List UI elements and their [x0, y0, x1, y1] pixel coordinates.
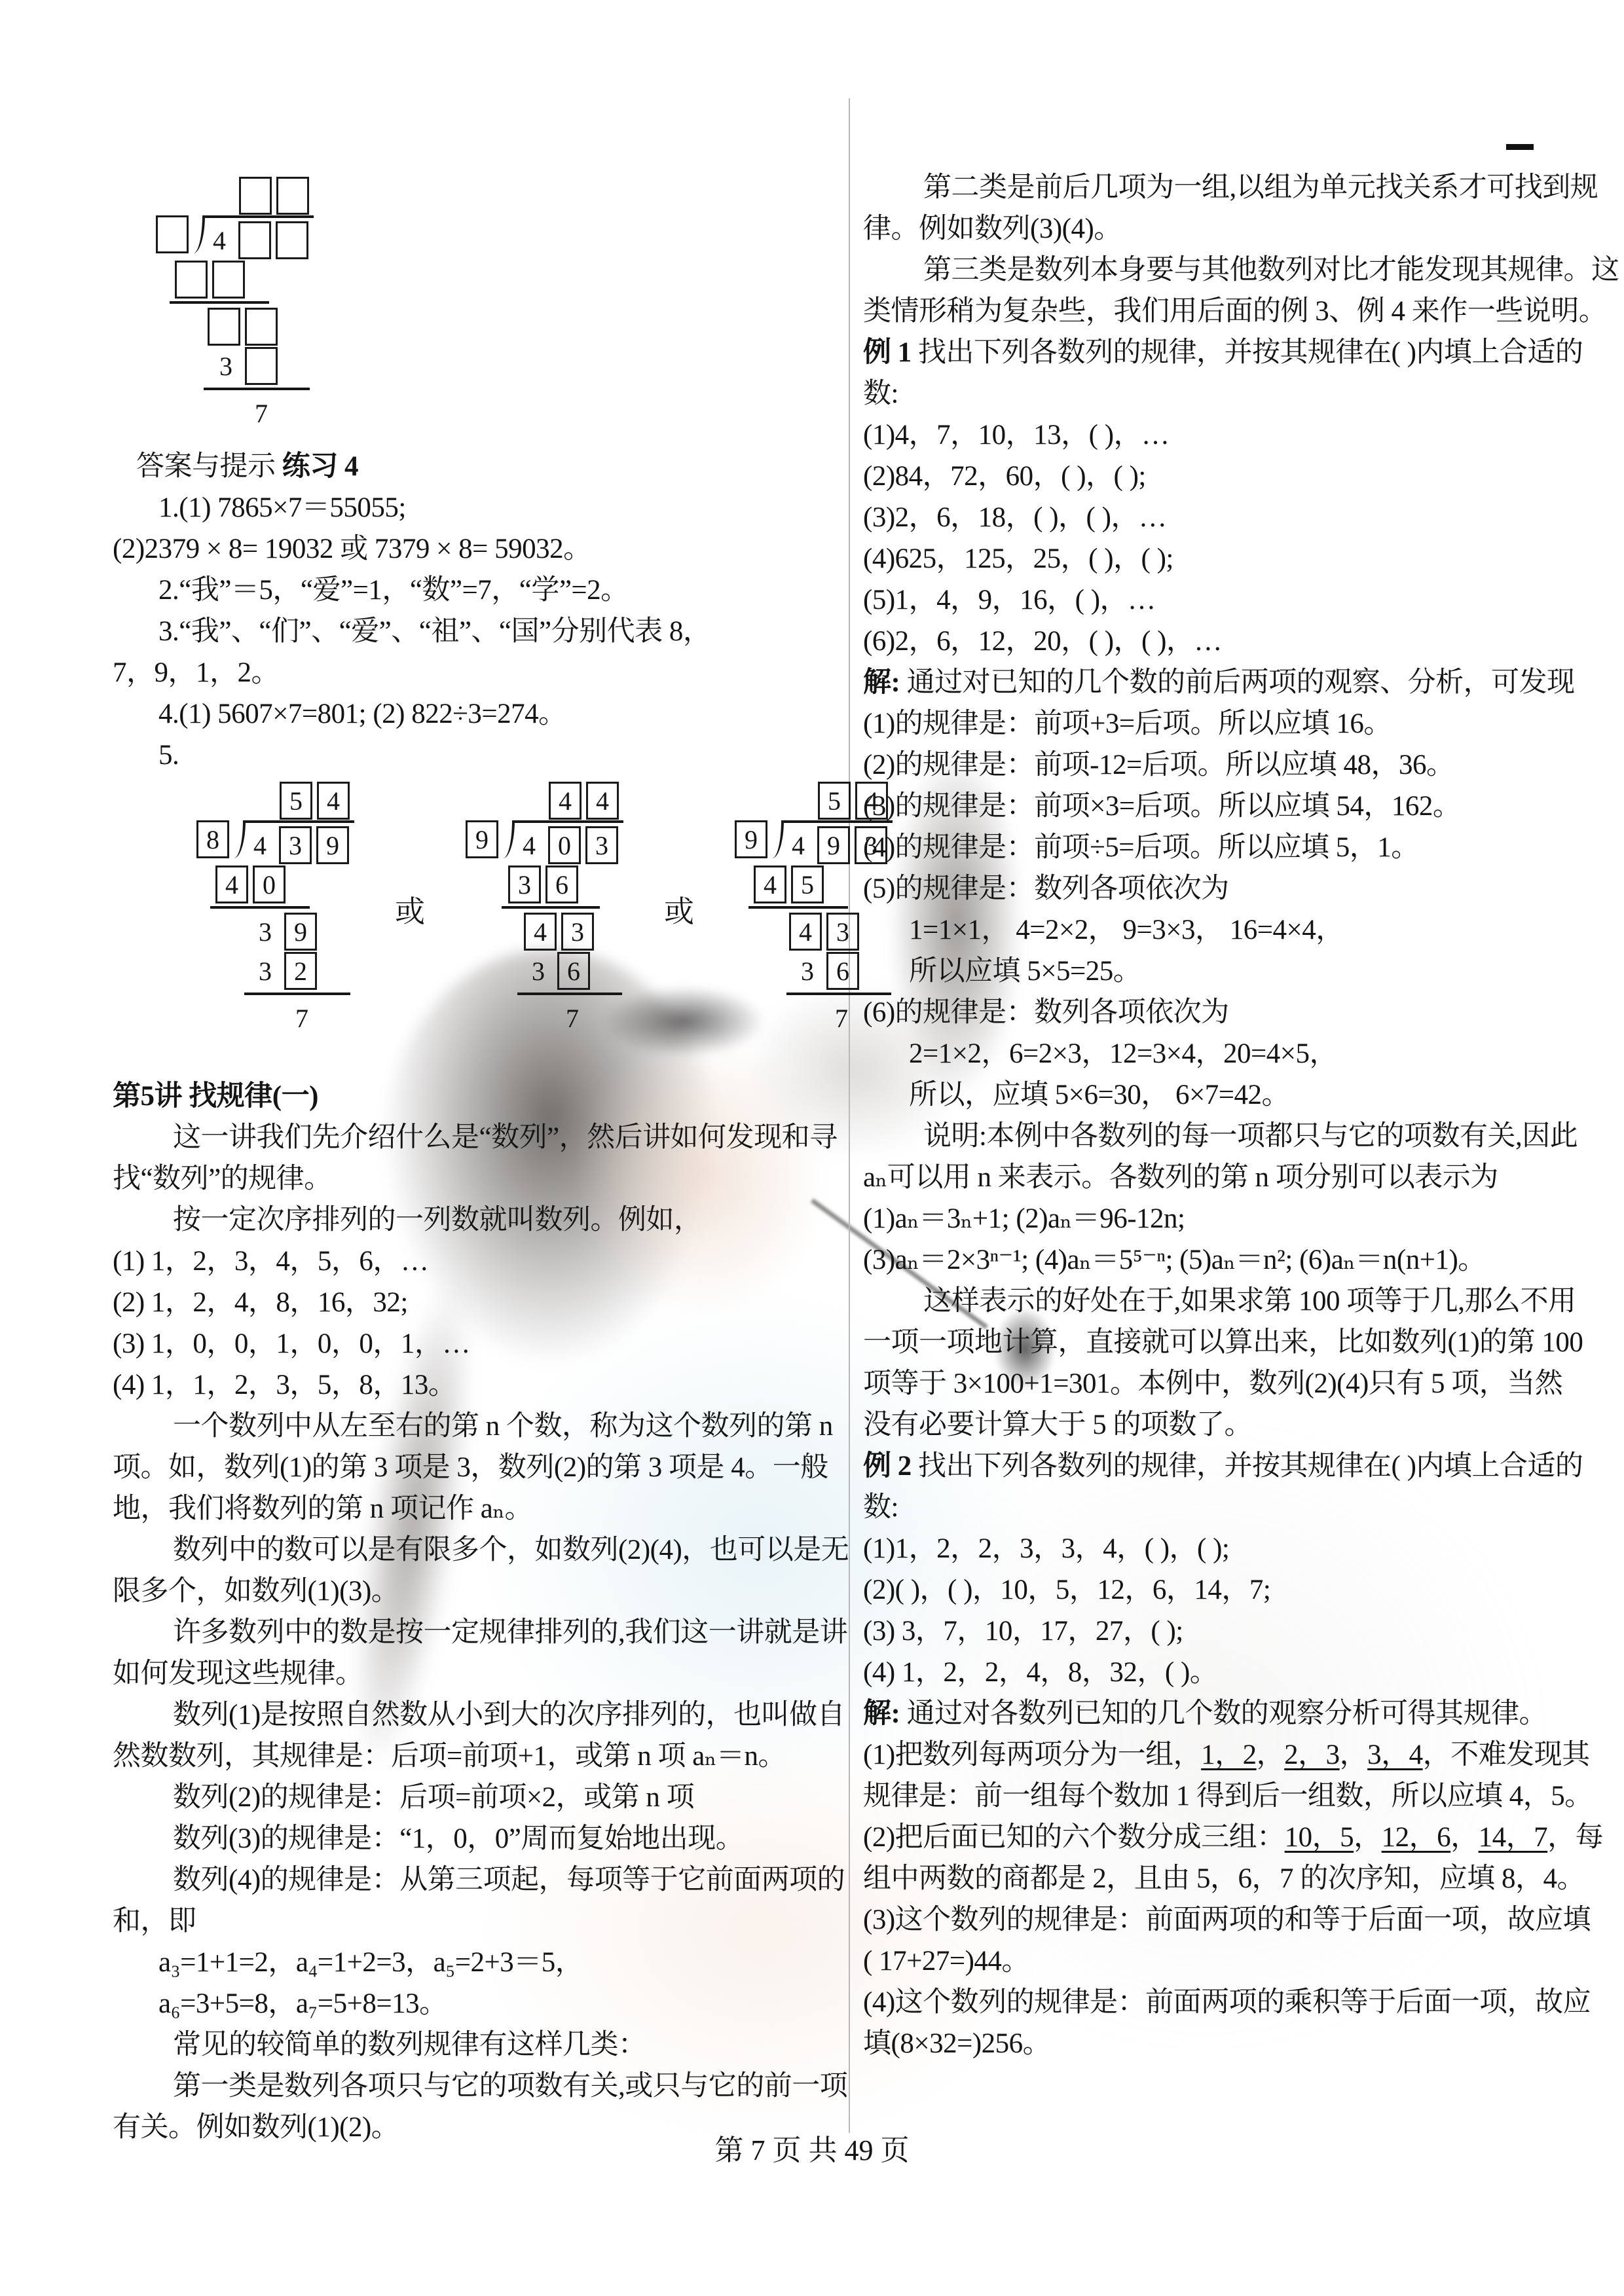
boxed-digit: 9: [466, 820, 498, 858]
boxed-digit: 0: [253, 866, 286, 903]
text-line: 一项一项地计算，直接就可以算出来，比如数列(1)的第 100: [863, 1322, 1583, 1363]
divisor-group: 9: [466, 820, 515, 858]
text-line: (2)把后面已知的六个数分成三组：10，5，12，6，14，7，每: [863, 1817, 1583, 1858]
text-line: 1.(1) 7865×7＝55055;: [113, 487, 828, 528]
text-line: 3.“我”、“们”、“爱”、“祖”、“国”分别代表 8，: [113, 611, 828, 652]
boxed-digit: 8: [196, 820, 229, 858]
text-segment: 解:: [863, 667, 900, 698]
text-segment: 12，6: [1382, 1822, 1451, 1853]
text-segment: ，: [1340, 1740, 1368, 1770]
text-segment: 3，4: [1367, 1740, 1423, 1770]
text-line: 2=1×2，6=2×3，12=3×4，20=4×5，: [863, 1033, 1583, 1074]
text-line: 解: 通过对已知的几个数的前后两项的观察、分析，可发现: [863, 662, 1583, 703]
right-column: 第二类是前后几项为一组,以组为单元找关系才可找到规律。例如数列(3)(4)。第三…: [863, 167, 1583, 2064]
divisor-group: 9: [735, 820, 784, 858]
text-line: (3)aₙ＝2×3ⁿ⁻¹; (4)aₙ＝5⁵⁻ⁿ; (5)aₙ＝n²; (6)a…: [863, 1239, 1583, 1281]
text-line: (5)的规律是：数列各项依次为: [863, 868, 1583, 909]
dividend-row: 439: [246, 826, 354, 865]
subtraction-line: [170, 301, 269, 304]
division-body: 437: [205, 176, 314, 433]
text-line: (2) 1，2，4，8，16，32;: [113, 1282, 828, 1323]
text-line: 和，即: [113, 1901, 828, 1942]
boxed-digit: 2: [284, 952, 317, 990]
boxed-digit: 3: [561, 913, 594, 951]
text-line: (4)625，125，25，( )，( );: [863, 538, 1583, 579]
work-row: 7: [558, 998, 623, 1038]
document-page: 437 答案与提示 练习 41.(1) 7865×7＝55055;(2)2379…: [0, 0, 1624, 2296]
text-line: 4.(1) 5607×7=801; (2) 822÷3=274。: [113, 693, 828, 735]
division-body: 444033643367: [515, 781, 623, 1038]
work-row: 40: [215, 865, 354, 904]
quotient-row: [205, 176, 314, 215]
plain-digit: 4: [784, 828, 813, 862]
text-line: 例 2 找出下列各数列的规律，并按其规律在( )内填上合适的: [863, 1446, 1583, 1487]
or-label: 或: [395, 888, 425, 931]
lecture-section: 第5讲 找规律(一)这一讲我们先介绍什么是“数列”，然后讲如何发现和寻找“数列”…: [113, 1076, 828, 2148]
dividend-row: 4: [205, 221, 314, 260]
work-row: 43: [524, 912, 623, 951]
division-body: 544394039327: [246, 781, 354, 1038]
boxed-digit: [208, 308, 240, 346]
text-line: 答案与提示 练习 4: [113, 446, 828, 487]
plain-digit: 4: [246, 828, 274, 862]
text-line: 填(8×32=)256。: [863, 2023, 1583, 2064]
division-diagram-trio: 8544394039327 或 9444033643367 或 95449345…: [113, 781, 828, 1038]
boxed-digit: [276, 177, 309, 215]
text-segment: 找出下列各数列的规律，并按其规律在( )内填上合适的: [912, 1451, 1583, 1482]
boxed-digit: [212, 261, 245, 299]
divisor-group: [156, 215, 205, 253]
left-column: 437 答案与提示 练习 41.(1) 7865×7＝55055;(2)2379…: [113, 167, 828, 2148]
text-segment: 例 1: [863, 337, 912, 368]
text-line: (1)4，7，10，13，( )，…: [863, 414, 1583, 456]
text-line: (1)aₙ＝3ₙ+1; (2)aₙ＝96-12n;: [863, 1198, 1583, 1239]
boxed-digit: 5: [791, 866, 824, 903]
text-segment: 通过对各数列已知的几个数的观察分析可得其规律。: [900, 1698, 1547, 1729]
quotient-row: 54: [246, 781, 354, 820]
text-line: 数:: [863, 1487, 1583, 1528]
work-row: 39: [251, 912, 354, 951]
plain-digit: 7: [558, 1001, 587, 1035]
text-segment: 答案与提示: [136, 451, 282, 482]
text-line: (4) 1，1，2，3，5，8，13。: [113, 1364, 828, 1406]
text-line: 然数数列，其规律是：后项=前项+1，或第 n 项 aₙ＝n。: [113, 1736, 828, 1777]
subtraction-line: [502, 906, 600, 909]
text-segment: 解:: [863, 1698, 900, 1729]
text-line: 解: 通过对各数列已知的几个数的观察分析可得其规律。: [863, 1693, 1583, 1734]
text-line: 2.“我”＝5，“爱”=1，“数”=7，“学”=2。: [113, 570, 828, 611]
boxed-digit: 4: [215, 866, 248, 903]
boxed-digit: 4: [789, 913, 822, 951]
text-segment: (2)把后面已知的六个数分成三组：: [863, 1822, 1285, 1853]
text-line: 规律是：前一组每个数加 1 得到后一组数，所以应填 4，5。: [863, 1776, 1583, 1817]
boxed-digit: 6: [557, 952, 590, 990]
division-bracket: [234, 820, 246, 858]
text-segment: 14，7: [1479, 1822, 1548, 1853]
text-line: 第5讲 找规律(一): [113, 1076, 828, 1117]
plain-digit: 4: [205, 223, 234, 257]
text-segment: ，: [1354, 1822, 1382, 1853]
text-line: (1) 1，2，3，4，5，6，…: [113, 1241, 828, 1282]
boxed-digit: 6: [826, 952, 859, 990]
work-row: 7: [287, 998, 354, 1038]
text-line: 1=1×1， 4=2×2， 9=3×3， 16=4×4，: [863, 909, 1583, 951]
text-line: 没有必要计算大于 5 的项数了。: [863, 1404, 1583, 1446]
text-line: 找“数列”的规律。: [113, 1158, 828, 1199]
text-line: (2)( )，( )，10，5，12，6，14，7;: [863, 1569, 1583, 1611]
text-line: (2)84，72，60，( )，( );: [863, 456, 1583, 497]
text-line: (4)这个数列的规律是：前面两项的乘积等于后面一项，故应: [863, 1982, 1583, 2023]
quotient-row: 44: [515, 781, 623, 820]
text-line: 数:: [863, 373, 1583, 414]
work-row: 36: [508, 865, 623, 904]
boxed-digit: [238, 221, 271, 259]
plain-digit: 3: [793, 954, 822, 988]
text-line: 5.: [113, 735, 828, 776]
text-segment: 通过对已知的几个数的前后两项的观察、分析，可发现: [900, 667, 1574, 698]
text-line: 类情形稍为复杂些，我们用后面的例 3、例 4 来作一些说明。: [863, 291, 1583, 332]
text-segment: ，: [1257, 1740, 1285, 1770]
boxed-digit: 4: [317, 782, 350, 820]
text-line: 说明:本例中各数列的每一项都只与它的项数有关,因此: [863, 1116, 1583, 1157]
under-vinculum: 4033643367: [515, 820, 623, 1038]
text-line: (2)2379 × 8= 19032 或 7379 × 8= 59032。: [113, 528, 828, 570]
boxed-digit: 4: [586, 782, 619, 820]
text-line: (3)的规律是：前项×3=后项。所以应填 54，162。: [863, 786, 1583, 827]
text-line: 数列(2)的规律是：后项=前项×2，或第 n 项: [113, 1777, 828, 1818]
subtraction-line: [517, 993, 622, 995]
text-line: (1)1，2，2，3，3，4，( )，( );: [863, 1528, 1583, 1569]
text-line: a₃=1+1=2，a₄=1+2=3，a₅=2+3＝5，: [113, 1942, 828, 1983]
boxed-digit: [175, 261, 208, 299]
text-line: 限多个，如数列(1)(3)。: [113, 1571, 828, 1612]
text-segment: ，每: [1547, 1822, 1603, 1853]
plain-digit: 7: [247, 396, 276, 430]
text-line: (4)的规律是：前项÷5=后项。所以应填 5，1。: [863, 827, 1583, 868]
boxed-digit: 3: [279, 826, 312, 864]
text-line: (5)1，4，9，16，( )，…: [863, 579, 1583, 621]
boxed-digit: 5: [818, 782, 851, 820]
subtraction-line: [210, 906, 310, 909]
text-line: (3) 1，0，0，1，0，0，1，…: [113, 1323, 828, 1364]
text-line: 如何发现这些规律。: [113, 1653, 828, 1694]
boxed-digit: 9: [284, 913, 317, 951]
text-line: 地，我们将数列的第 n 项记作 aₙ。: [113, 1488, 828, 1529]
boxed-digit: 5: [280, 782, 312, 820]
text-line: (1)的规律是：前项+3=后项。所以应填 16。: [863, 703, 1583, 744]
division-bracket: [772, 820, 784, 858]
work-row: 36: [524, 951, 623, 991]
text-line: 数列(3)的规律是：“1，0，0”周而复始地出现。: [113, 1818, 828, 1859]
text-line: 数列(1)是按照自然数从小到大的次序排列的，也叫做自: [113, 1694, 828, 1736]
under-vinculum: 4394039327: [246, 820, 354, 1038]
plain-digit: 4: [515, 828, 544, 862]
subtraction-line: [748, 906, 848, 909]
text-line: 项等于 3×100+1=301。本例中，数列(2)(4)只有 5 项，当然: [863, 1363, 1583, 1404]
plain-digit: 7: [287, 1001, 316, 1035]
text-line: 按一定次序排列的一列数就叫数列。例如，: [113, 1199, 828, 1241]
text-segment: ，: [1450, 1822, 1479, 1853]
boxed-digit: [276, 221, 308, 259]
boxed-digit: 3: [826, 913, 859, 951]
boxed-digit: [239, 177, 272, 215]
text-line: ( 17+27=)44。: [863, 1941, 1583, 1982]
text-segment: 10，5: [1285, 1822, 1354, 1853]
text-line: 许多数列中的数是按一定规律排列的,我们这一讲就是讲: [113, 1612, 828, 1653]
text-line: (6)的规律是：数列各项依次为: [863, 992, 1583, 1033]
work-row: [175, 260, 314, 299]
page-footer: 第 7 页 共 49 页: [0, 2126, 1624, 2168]
text-line: 例 1 找出下列各数列的规律，并按其规律在( )内填上合适的: [863, 332, 1583, 373]
text-line: (4) 1，2，2，4，8，32，( )。: [863, 1652, 1583, 1693]
text-line: 第一类是数列各项只与它的项数有关,或只与它的前一项: [113, 2066, 828, 2107]
work-row: [208, 307, 314, 346]
subtraction-line: [204, 388, 310, 390]
text-line: (3) 3，7，10，17，27，( );: [863, 1611, 1583, 1652]
division-bracket: [503, 820, 515, 858]
text-line: a₆=3+5=8，a₇=5+8=13。: [113, 1983, 828, 2024]
text-line: aₙ可以用 n 来表示。各数列的第 n 项分别可以表示为: [863, 1157, 1583, 1198]
division-diagram-a: 8544394039327: [196, 781, 354, 1038]
dividend-row: 403: [515, 826, 623, 865]
text-line: 项。如，数列(1)的第 3 项是 3，数列(2)的第 3 项是 4。一般: [113, 1447, 828, 1488]
boxed-digit: 6: [545, 866, 578, 903]
boxed-digit: 9: [735, 820, 767, 858]
text-line: (3)2，6，18，( )，( )，…: [863, 497, 1583, 538]
text-line: 一个数列中从左至右的第 n 个数，称为这个数列的第 n: [113, 1406, 828, 1447]
text-line: 律。例如数列(3)(4)。: [863, 208, 1583, 249]
boxed-digit: 3: [585, 826, 618, 864]
text-line: (6)2，6，12，20，( )，( )，…: [863, 621, 1583, 662]
boxed-digit: [245, 308, 278, 346]
text-line: 组中两数的商都是 2，且由 5，6，7 的次序知，应填 8，4。: [863, 1858, 1583, 1899]
text-line: 这一讲我们先介绍什么是“数列”，然后讲如何发现和寻: [113, 1117, 828, 1158]
text-line: 所以，应填 5×6=30， 6×7=42。: [863, 1074, 1583, 1116]
text-line: 这样表示的好处在于,如果求第 100 项等于几,那么不用: [863, 1281, 1583, 1322]
text-segment: 1，2: [1201, 1740, 1257, 1770]
text-line: 数列中的数可以是有限多个，如数列(2)(4)，也可以是无: [113, 1529, 828, 1571]
boxed-digit: 3: [508, 866, 541, 903]
boxed-digit: [156, 215, 189, 253]
text-segment: ，不难发现其: [1423, 1740, 1590, 1770]
boxed-digit: 4: [524, 913, 557, 951]
work-row: 3: [212, 346, 314, 386]
answers-section: 答案与提示 练习 41.(1) 7865×7＝55055;(2)2379 × 8…: [113, 446, 828, 776]
text-segment: 练习 4: [282, 451, 358, 482]
text-line: (2)的规律是：前项-12=后项。所以应填 48，36。: [863, 744, 1583, 786]
boxed-digit: [245, 347, 278, 385]
text-line: (3)这个数列的规律是：前面两项的和等于后面一项，故应填: [863, 1899, 1583, 1941]
division-diagram-top: 437: [156, 176, 314, 433]
or-label: 或: [664, 888, 694, 931]
plain-digit: 3: [251, 954, 280, 988]
text-segment: 找出下列各数列的规律，并按其规律在( )内填上合适的: [912, 337, 1583, 368]
text-line: 第三类是数列本身要与其他数列对比才能发现其规律。这: [863, 249, 1583, 291]
divisor-group: 8: [196, 820, 246, 858]
text-line: 数列(4)的规律是：从第三项起，每项等于它前面两项的: [113, 1859, 828, 1901]
boxed-digit: 9: [817, 826, 850, 864]
division-diagram-b: 9444033643367: [466, 781, 623, 1038]
text-segment: 例 2: [863, 1451, 912, 1482]
text-line: 所以应填 5×5=25。: [863, 951, 1583, 992]
text-segment: (1)把数列每两项分为一组，: [863, 1740, 1201, 1770]
top-right-dash-mark: [1506, 144, 1534, 150]
plain-digit: 3: [212, 349, 240, 383]
text-line: 第二类是前后几项为一组,以组为单元找关系才可找到规: [863, 167, 1583, 208]
text-segment: 2，3: [1284, 1740, 1340, 1770]
column-divider-line: [849, 98, 850, 2133]
boxed-digit: 4: [754, 866, 786, 903]
text-line: (1)把数列每两项分为一组，1，2，2，3，3，4，不难发现其: [863, 1734, 1583, 1776]
division-bracket: [193, 215, 205, 253]
text-line: 常见的较简单的数列规律有这样几类：: [113, 2024, 828, 2066]
work-row: 32: [251, 951, 354, 991]
plain-digit: 7: [827, 1001, 856, 1035]
work-row: 7: [247, 393, 314, 433]
boxed-digit: 0: [548, 826, 581, 864]
under-vinculum: 437: [205, 215, 314, 433]
boxed-digit: 4: [549, 782, 581, 820]
subtraction-line: [244, 993, 350, 995]
plain-digit: 3: [524, 954, 553, 988]
plain-digit: 3: [251, 915, 280, 949]
text-line: 7，9，1，2。: [113, 652, 828, 693]
boxed-digit: 9: [316, 826, 349, 864]
